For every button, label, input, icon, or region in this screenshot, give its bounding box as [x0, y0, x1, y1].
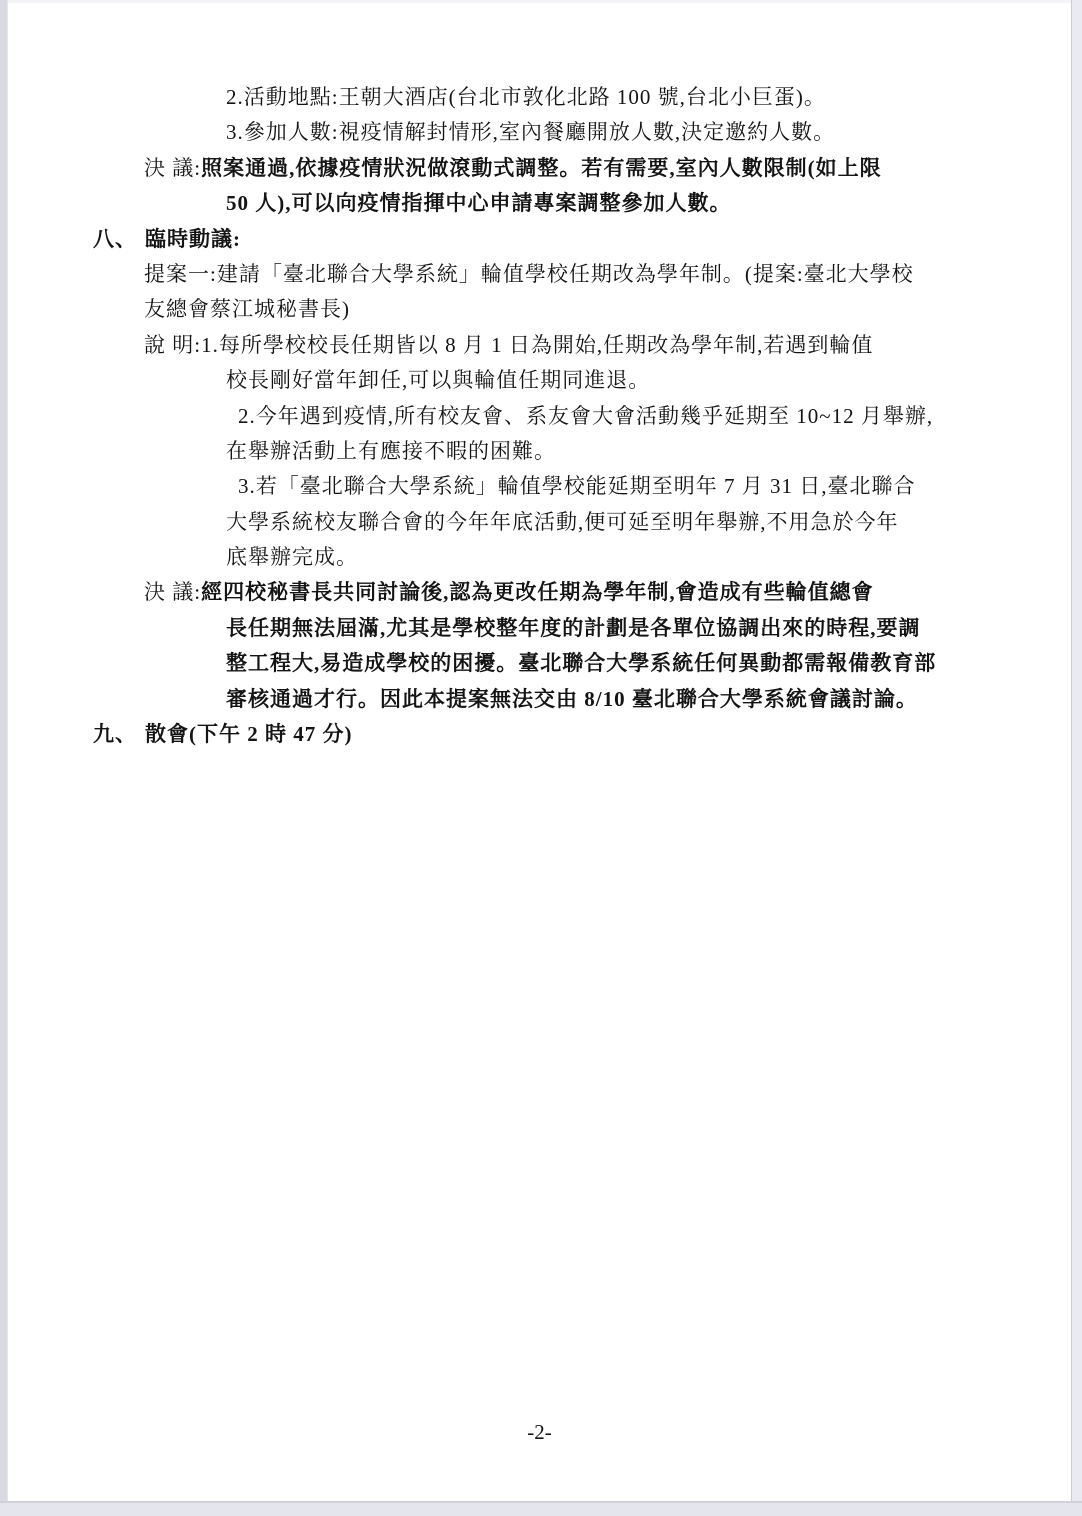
text-segment: 2.今年遇到疫情,所有校友會、系友會大會活動幾乎延期至 10~12 月舉辦,	[238, 404, 933, 428]
text-line: 說 明:1.每所學校校長任期皆以 8 月 1 日為開始,任期改為學年制,若遇到輪…	[8, 328, 1071, 363]
text-line: 2.今年遇到疫情,所有校友會、系友會大會活動幾乎延期至 10~12 月舉辦,	[8, 399, 1071, 434]
text-line: 整工程大,易造成學校的困擾。臺北聯合大學系統任何異動都需報備教育部	[8, 646, 1071, 681]
text-segment: 決 議:	[144, 580, 201, 604]
text-segment: 臨時動議:	[145, 227, 241, 251]
text-segment: 散會(下午 2 時 47 分)	[145, 722, 353, 746]
text-segment: 在舉辦活動上有應接不暇的困難。	[226, 439, 556, 463]
text-segment: 說 明:	[144, 333, 201, 357]
text-line: 決 議:照案通過,依據疫情狀況做滾動式調整。若有需要,室內人數限制(如上限	[8, 151, 1071, 186]
text-segment: 友總會蔡江城秘書長)	[144, 297, 350, 321]
text-line: 校長剛好當年卸任,可以與輪值任期同進退。	[8, 363, 1071, 398]
text-segment: 1.每所學校校長任期皆以 8 月 1 日為開始,任期改為學年制,若遇到輪值	[201, 333, 873, 357]
text-line: 50 人),可以向疫情指揮中心申請專案調整參加人數。	[8, 186, 1071, 221]
text-segment: 決 議:	[144, 156, 201, 180]
text-line: 在舉辦活動上有應接不暇的困難。	[8, 434, 1071, 469]
text-segment: 長任期無法屆滿,尤其是學校整年度的計劃是各單位協調出來的時程,要調	[226, 616, 921, 640]
text-segment: 照案通過,依據疫情狀況做滾動式調整。若有需要,室內人數限制(如上限	[201, 156, 882, 180]
document-body: 2.活動地點:王朝大酒店(台北市敦化北路 100 號,台北小巨蛋)。3.參加人數…	[8, 3, 1071, 752]
text-line: 2.活動地點:王朝大酒店(台北市敦化北路 100 號,台北小巨蛋)。	[8, 80, 1071, 115]
text-line: 3.參加人數:視疫情解封情形,室內餐廳開放人數,決定邀約人數。	[8, 115, 1071, 150]
text-segment: 3.若「臺北聯合大學系統」輪值學校能延期至明年 7 月 31 日,臺北聯合	[238, 474, 916, 498]
section-number: 八、	[93, 222, 145, 257]
document-viewer: 2.活動地點:王朝大酒店(台北市敦化北路 100 號,台北小巨蛋)。3.參加人數…	[0, 0, 1082, 1516]
document-page: 2.活動地點:王朝大酒店(台北市敦化北路 100 號,台北小巨蛋)。3.參加人數…	[8, 3, 1071, 1502]
text-segment: 校長剛好當年卸任,可以與輪值任期同進退。	[226, 368, 650, 392]
text-line: 底舉辦完成。	[8, 540, 1071, 575]
text-segment: 50 人),可以向疫情指揮中心申請專案調整參加人數。	[226, 191, 732, 215]
text-segment: 3.參加人數:視疫情解封情形,室內餐廳開放人數,決定邀約人數。	[226, 120, 835, 144]
text-line: 審核通過才行。因此本提案無法交由 8/10 臺北聯合大學系統會議討論。	[8, 682, 1071, 717]
text-line: 大學系統校友聯合會的今年年底活動,便可延至明年舉辦,不用急於今年	[8, 505, 1071, 540]
text-line: 友總會蔡江城秘書長)	[8, 292, 1071, 327]
scan-edge-left	[0, 0, 8, 1516]
scan-edge-bottom	[0, 1501, 1082, 1516]
text-segment: 審核通過才行。因此本提案無法交由 8/10 臺北聯合大學系統會議討論。	[226, 687, 918, 711]
text-segment: 底舉辦完成。	[226, 545, 358, 569]
page-number: -2-	[8, 1415, 1071, 1450]
text-line: 3.若「臺北聯合大學系統」輪值學校能延期至明年 7 月 31 日,臺北聯合	[8, 469, 1071, 504]
text-segment: 經四校秘書長共同討論後,認為更改任期為學年制,會造成有些輪值總會	[201, 580, 874, 604]
text-line: 九、散會(下午 2 時 47 分)	[8, 717, 1071, 752]
text-line: 八、臨時動議:	[8, 222, 1071, 257]
text-line: 提案一:建請「臺北聯合大學系統」輪值學校任期改為學年制。(提案:臺北大學校	[8, 257, 1071, 292]
text-segment: 2.活動地點:王朝大酒店(台北市敦化北路 100 號,台北小巨蛋)。	[226, 85, 826, 109]
text-segment: 大學系統校友聯合會的今年年底活動,便可延至明年舉辦,不用急於今年	[226, 510, 899, 534]
scan-edge-right	[1071, 0, 1082, 1516]
text-segment: 提案一:建請「臺北聯合大學系統」輪值學校任期改為學年制。(提案:臺北大學校	[144, 262, 914, 286]
section-number: 九、	[93, 717, 145, 752]
text-line: 決 議:經四校秘書長共同討論後,認為更改任期為學年制,會造成有些輪值總會	[8, 575, 1071, 610]
text-segment: 整工程大,易造成學校的困擾。臺北聯合大學系統任何異動都需報備教育部	[226, 651, 936, 675]
text-line: 長任期無法屆滿,尤其是學校整年度的計劃是各單位協調出來的時程,要調	[8, 611, 1071, 646]
